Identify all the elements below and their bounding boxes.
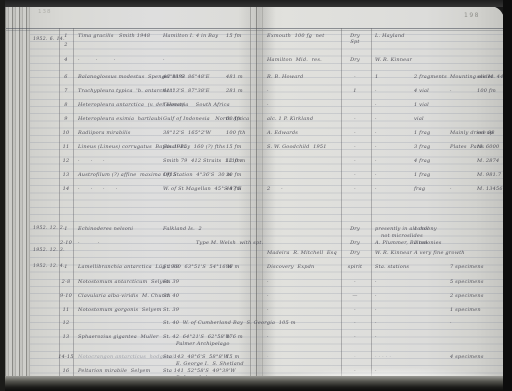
register-row: Exmouth 100 fg netDry SptL. Hayland	[0, 33, 512, 42]
source-name: Discovery Expdn	[267, 264, 314, 270]
preparation-note: ·	[341, 74, 369, 80]
register-row: 2 ···frag·M. 13456	[0, 186, 512, 195]
register-row: ··4 fragM. 2874	[0, 158, 512, 167]
remark-note: 7 specimens	[450, 264, 484, 270]
source-name: ·	[267, 102, 269, 108]
reference-number: see 98	[477, 130, 495, 136]
collection-note: L. Hayland	[375, 33, 405, 39]
source-name: A. Edwards	[267, 130, 298, 136]
remark-note: ·	[450, 320, 452, 326]
register-row: ·—·2 specimens	[0, 293, 512, 302]
register-row: ··1 fragM. 981.7	[0, 172, 512, 181]
source-name: Hamilton Mid. res.	[267, 57, 322, 63]
preparation-note: ·	[341, 130, 369, 136]
collection-note: W. R. Kinnear	[375, 250, 412, 256]
collection-note: Sta. stations	[375, 264, 409, 270]
register-row: ···5 specimens	[0, 279, 512, 288]
register-row: S. W. Goodchild 1951··3 fragPlates Paris…	[0, 144, 512, 153]
preparation-note: ·	[341, 172, 369, 178]
preparation-note: ·	[341, 279, 369, 285]
register-row: Hamilton Mid. res.DryW. R. Kinnear	[0, 57, 512, 66]
source-name: ·	[267, 334, 269, 340]
collection-note: ·	[375, 130, 377, 136]
register-row: Madeira R. Mitchell EsqDryW. R. KinnearA…	[0, 250, 512, 259]
quantity-note: frag	[414, 186, 425, 192]
remark-note: 1 specimen	[450, 307, 481, 313]
preparation-note: —	[341, 293, 369, 299]
quantity-note: 1 frag	[414, 172, 430, 178]
preparation-note: ·	[341, 116, 369, 122]
quantity-note: 1 vial	[414, 102, 429, 108]
preparation-note: ·	[341, 354, 369, 360]
collection-note: ·	[375, 320, 377, 326]
quantity-note: 3 frag	[414, 144, 430, 150]
preparation-note: ·	[341, 320, 369, 326]
quantity-note: 1 colony	[414, 226, 437, 232]
source-name: 2 ·	[267, 186, 283, 192]
source-name: ·	[267, 88, 269, 94]
reference-number: M. 6000	[477, 144, 499, 150]
collection-note: ·	[375, 307, 377, 313]
preparation-note: ·	[341, 334, 369, 340]
collection-note: ·	[375, 279, 377, 285]
register-row: R. B. Howard·12 fragmentsMounting slides…	[0, 74, 512, 83]
collection-note: ·	[375, 186, 377, 192]
reference-number: 100 fm	[477, 88, 496, 94]
register-scan: 138 198 1952. 6. 14.1952. 12. 2.1952. 12…	[0, 0, 512, 391]
source-name: ·	[267, 307, 269, 313]
scan-right-edge	[503, 0, 512, 391]
register-row: Discovery ExpdnspiritSta. stations7 spec…	[0, 264, 512, 273]
preparation-note: ·	[341, 158, 369, 164]
source-name: ·	[267, 279, 269, 285]
register-row: ···1 specimen	[0, 307, 512, 316]
register-row: A. Edwards··1 fragMainly dried upsee 98	[0, 130, 512, 139]
collection-note: ·	[375, 88, 377, 94]
remark-note: 2 specimens	[450, 293, 484, 299]
collection-note: ·	[375, 144, 377, 150]
reference-number: M. 981.7	[477, 172, 501, 178]
quantity-note: 2 colonies	[414, 240, 442, 246]
quantity-note: 2 fragments	[414, 74, 447, 80]
reference-number: see M. 44	[477, 74, 504, 80]
preparation-note: 1	[341, 88, 369, 94]
collection-note: W. R. Kinnear	[375, 57, 412, 63]
collection-note: ·	[375, 158, 377, 164]
preparation-note: Dry	[341, 250, 369, 256]
register-row: alc. 1 P. Kirkland··vial	[0, 116, 512, 125]
collection-note: ·	[375, 116, 377, 122]
preparation-note: spirit	[341, 264, 369, 270]
scan-bottom-edge	[0, 376, 512, 391]
source-name: ·	[267, 320, 269, 326]
source-name: R. B. Howard	[267, 74, 303, 80]
quantity-note: vial	[414, 116, 424, 122]
collection-note: ·	[375, 172, 377, 178]
collection-note-detail: not microslides	[381, 233, 423, 239]
source-name: alc. 1 P. Kirkland	[267, 116, 313, 122]
right-page-entries: Exmouth 100 fg netDry SptL. HaylandHamil…	[0, 0, 512, 391]
register-row: DryA. Plummer, Bolton2 colonies	[0, 240, 512, 249]
source-name: Exmouth 100 fg net	[267, 33, 324, 39]
preparation-note: Dry	[341, 226, 369, 232]
collection-note: 1	[375, 74, 378, 80]
remark-note: 4 specimens	[450, 354, 484, 360]
reference-number: M. 13456	[477, 186, 503, 192]
remark-note: ·	[450, 186, 452, 192]
collection-note: ·	[375, 334, 377, 340]
reference-number: M. 2874	[477, 158, 499, 164]
quantity-note: 4 vial	[414, 88, 429, 94]
preparation-note: Dry Spt	[341, 33, 369, 45]
preparation-note: ·	[341, 186, 369, 192]
scan-top-edge	[0, 0, 512, 7]
remark-note: 5 specimens	[450, 279, 484, 285]
register-row: ··1 vial	[0, 102, 512, 111]
collection-note: ·	[375, 102, 377, 108]
preparation-note: ·	[341, 307, 369, 313]
preparation-note: Dry	[341, 57, 369, 63]
collection-note: · · · · ·	[375, 354, 391, 360]
scan-left-edge	[0, 0, 5, 391]
source-name: Madeira R. Mitchell Esq	[267, 250, 337, 256]
preparation-note: ·	[341, 144, 369, 150]
preparation-note: Dry	[341, 240, 369, 246]
register-row: ···	[0, 334, 512, 343]
register-row: ····	[0, 320, 512, 329]
register-row: Drypresently in alcoholnot microslides1 …	[0, 226, 512, 235]
quantity-note: 1 frag	[414, 130, 430, 136]
register-row: ··· · · · ·4 specimens	[0, 354, 512, 363]
register-row: ·1·4 vial·100 fm	[0, 88, 512, 97]
remark-note: ·	[450, 88, 452, 94]
quantity-note: 4 frag	[414, 158, 430, 164]
quantity-note: A very fine growth	[414, 250, 465, 256]
collection-note: ·	[375, 293, 377, 299]
source-name: S. W. Goodchild 1951	[267, 144, 327, 150]
source-name: ·	[267, 354, 269, 360]
source-name: ·	[267, 293, 269, 299]
